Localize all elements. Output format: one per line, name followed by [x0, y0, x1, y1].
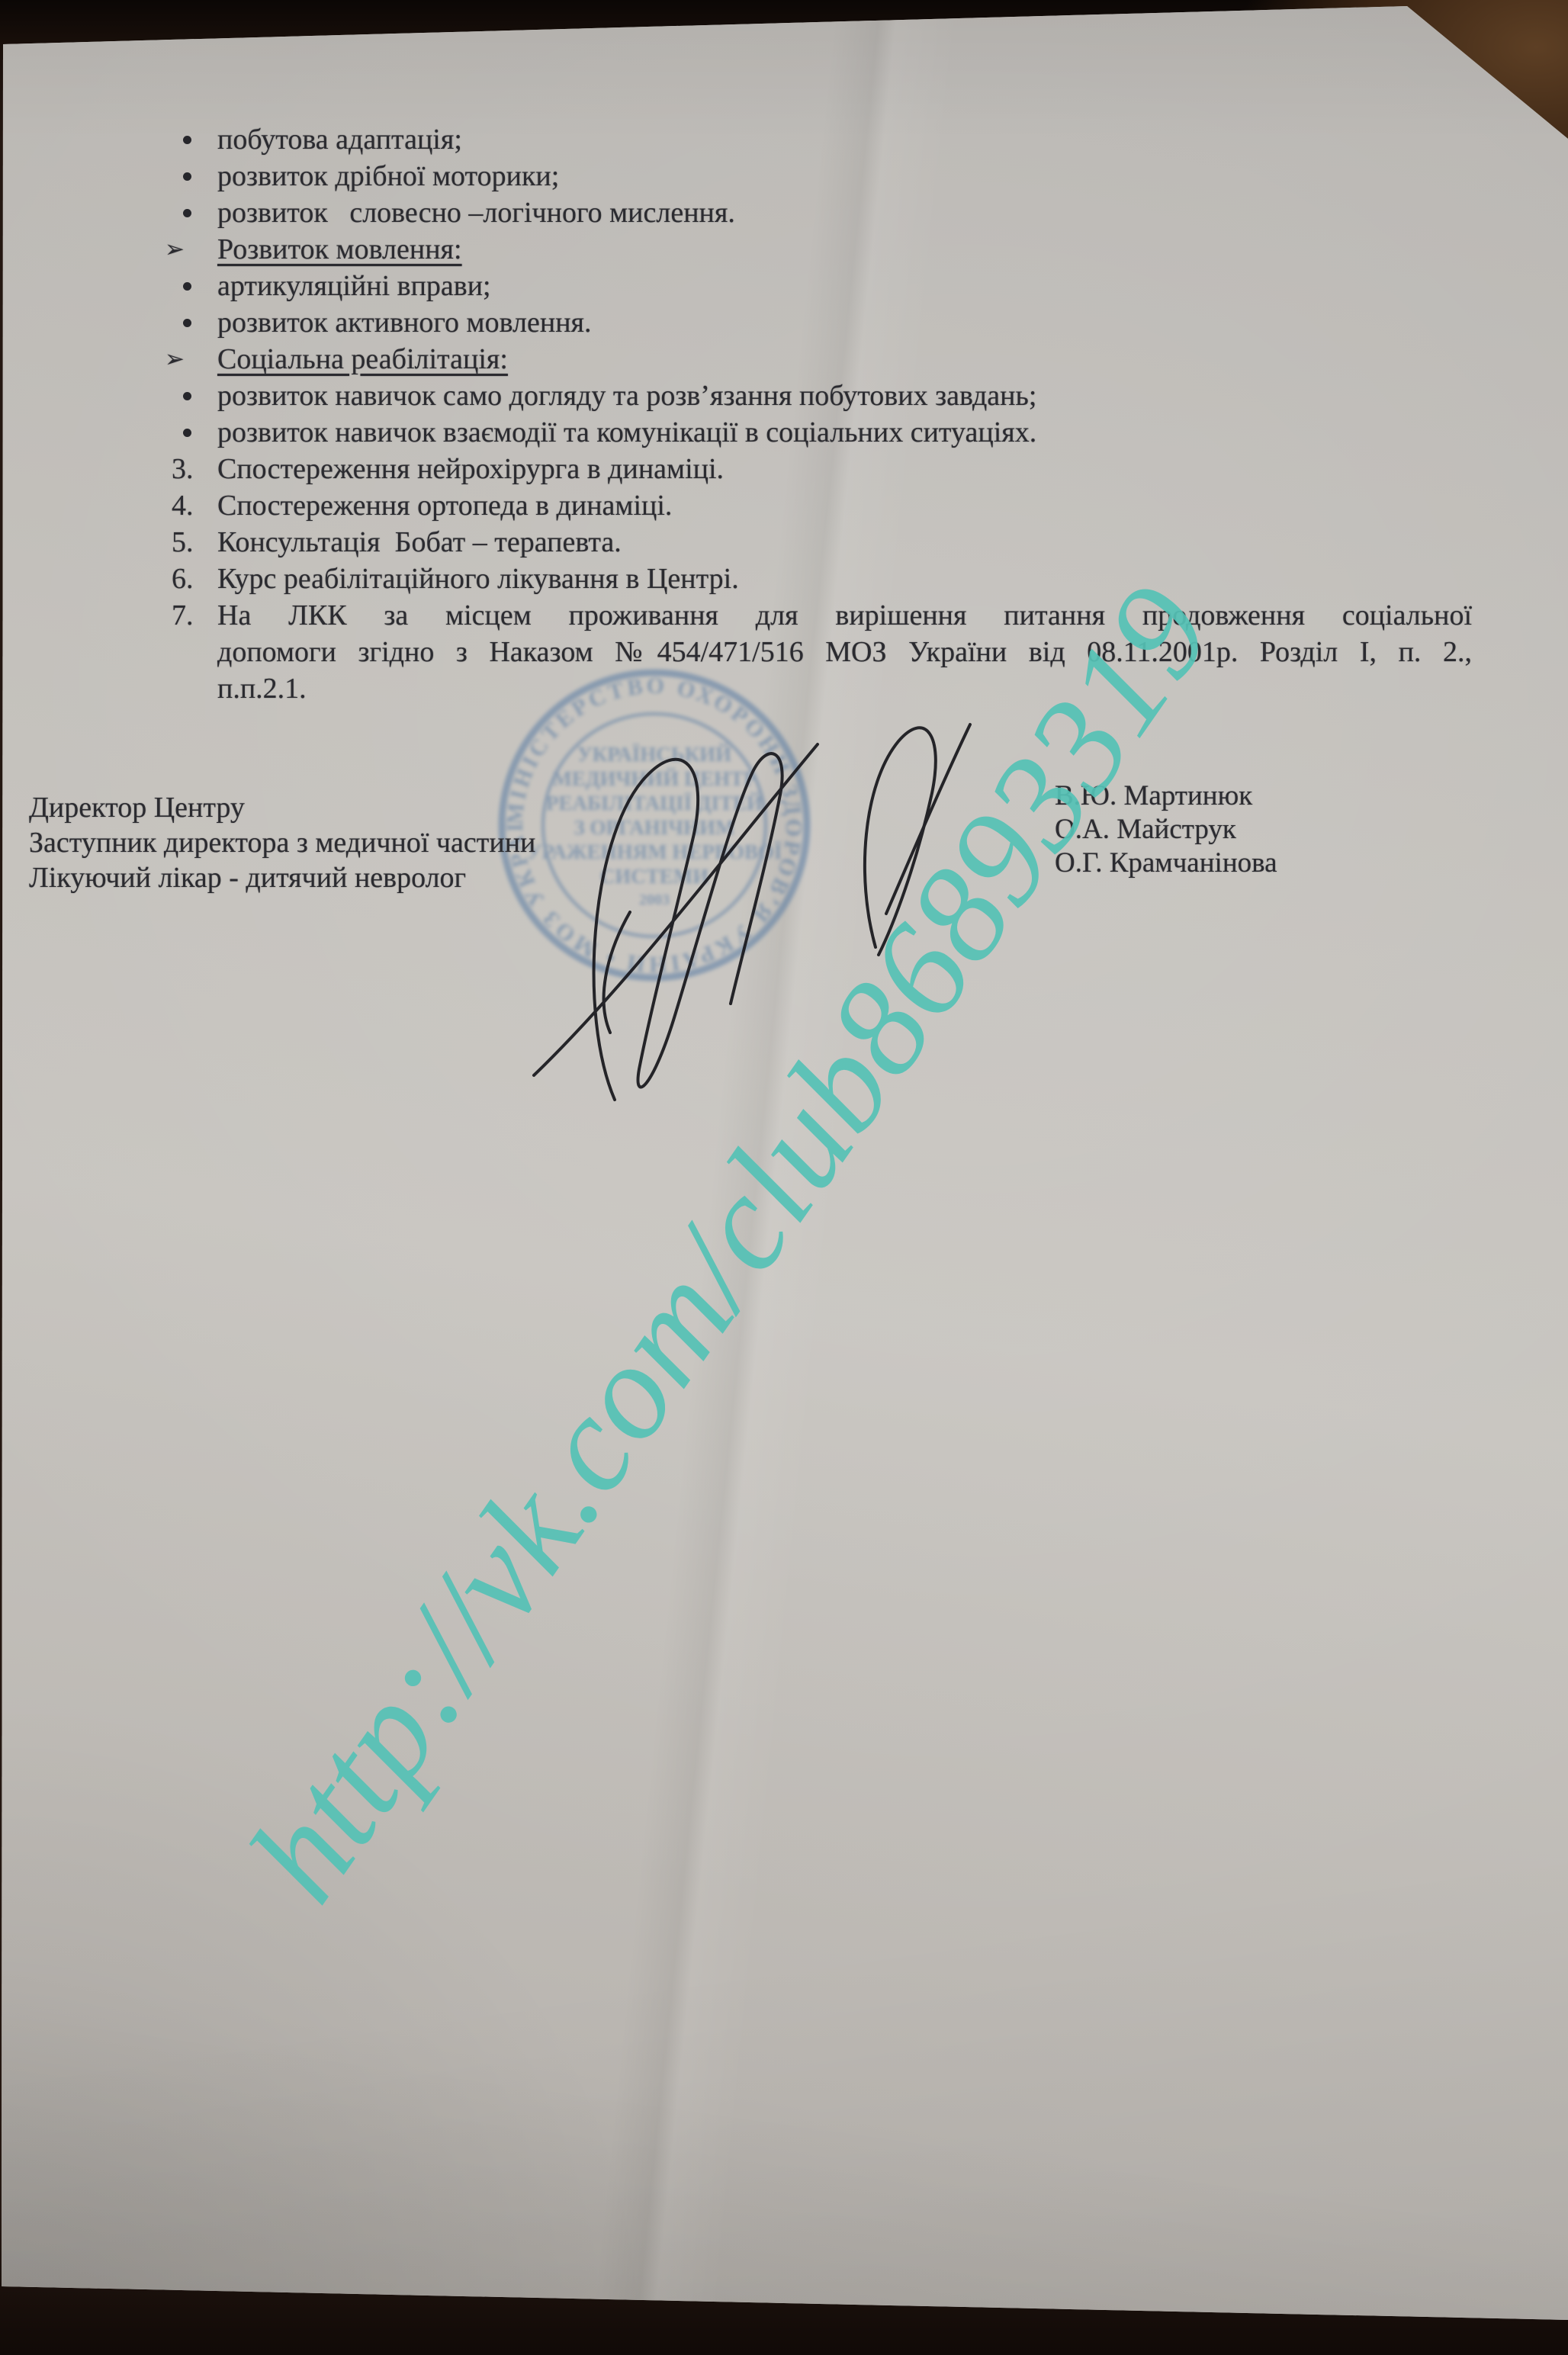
list-item: 3. Спостереження нейрохірурга в динаміці… — [0, 451, 1472, 487]
list-item: розвиток активного мовлення. — [0, 304, 1472, 341]
signatory-title: Заступник директора з медичної частини — [29, 825, 535, 860]
official-round-stamp: МІНІСТЕРСТВО ОХОРОНИ ЗДОРОВ’Я УКРАЇНИ • … — [487, 657, 822, 993]
paragraph-line: На ЛКК за місцем проживання для вирішенн… — [217, 597, 1472, 634]
list-item-text: Курс реабілітаційного лікування в Центрі… — [217, 563, 739, 595]
bullet-icon — [183, 414, 191, 451]
item-number: 7. — [172, 597, 194, 634]
item-number: 6. — [172, 561, 194, 597]
item-number: 4. — [172, 487, 194, 524]
stamp-line: УРАЖЕННЯМ НЕРВОВОЇ — [527, 840, 782, 863]
item-number: 3. — [172, 451, 194, 487]
stamp-center-text: УКРАЇНСЬКИЙ МЕДИЧНИЙ ЦЕНТР РЕАБІЛІТАЦІЇ … — [527, 743, 782, 908]
signatory-titles: Директор Центру Заступник директора з ме… — [29, 790, 535, 895]
photographed-document: { "document": { "markers": { "arrow": "➢… — [0, 0, 1568, 2355]
list-item: 5. Консультація Бобат – терапевта. — [0, 524, 1472, 561]
list-item-text: розвиток активного мовлення. — [217, 307, 592, 339]
list-item: 4. Спостереження ортопеда в динаміці. — [0, 487, 1472, 524]
stamp-line: 2003 — [639, 892, 670, 908]
signatory-title: Директор Центру — [29, 790, 535, 825]
arrow-bullet-icon: ➢ — [165, 231, 185, 268]
item-number: 5. — [172, 524, 194, 561]
list-item-text: Консультація Бобат – терапевта. — [217, 526, 622, 558]
list-item-text: розвиток дрібної моторики; — [217, 160, 559, 192]
stamp-line: МЕДИЧНИЙ ЦЕНТР — [552, 767, 756, 790]
bullet-icon — [183, 121, 191, 158]
list-item: розвиток словесно –логічного мислення. — [0, 194, 1472, 231]
stamp-line: УКРАЇНСЬКИЙ — [577, 743, 731, 766]
stamp-line: З ОРГАНІЧНИМ — [574, 816, 734, 839]
list-item-text: побутова адаптація; — [217, 124, 462, 156]
list-item-text: Спостереження нейрохірурга в динаміці. — [217, 453, 724, 485]
paragraph-line: допомоги згідно з Наказом №454/471/516 М… — [217, 634, 1472, 670]
paragraph-line: п.п.2.1. — [217, 670, 1472, 707]
list-item: артикуляційні вправи; — [0, 268, 1472, 304]
list-item-heading: Соціальна реабілітація: — [217, 343, 508, 375]
paper-sheet: МІНІСТЕРСТВО ОХОРОНИ ЗДОРОВ’Я УКРАЇНИ • … — [0, 0, 1568, 2355]
stamp-line: СИСТЕМИ — [600, 865, 709, 888]
list-item-text: артикуляційні вправи; — [217, 270, 491, 302]
list-item: розвиток навичок взаємодії та комунікаці… — [0, 414, 1472, 451]
list-item: ➢ Соціальна реабілітація: — [0, 341, 1472, 378]
list-item: побутова адаптація; — [0, 121, 1472, 158]
bullet-icon — [183, 304, 191, 341]
list-item-text: розвиток навичок взаємодії та комунікаці… — [217, 416, 1036, 448]
list-item: 7. На ЛКК за місцем проживання для виріш… — [0, 597, 1472, 707]
stamp-line: РЕАБІЛІТАЦІЇ ДІТЕЙ — [546, 792, 763, 814]
list-item: 6. Курс реабілітаційного лікування в Цен… — [0, 561, 1472, 597]
list-item: ➢ Розвиток мовлення: — [0, 231, 1472, 268]
list-item-paragraph: На ЛКК за місцем проживання для вирішенн… — [217, 597, 1472, 707]
bullet-icon — [183, 378, 191, 414]
list-item-text: розвиток навичок само догляду та розв’яз… — [217, 380, 1036, 412]
bullet-icon — [183, 268, 191, 304]
signatory-title: Лікуючий лікар - дитячий невролог — [29, 860, 535, 895]
bullet-icon — [183, 158, 191, 194]
list-item-text: розвиток словесно –логічного мислення. — [217, 197, 735, 229]
list-item-heading: Розвиток мовлення: — [217, 233, 462, 265]
list-item: розвиток навичок само догляду та розв’яз… — [0, 378, 1472, 414]
arrow-bullet-icon: ➢ — [165, 341, 185, 378]
rehabilitation-plan-list: побутова адаптація; розвиток дрібної мот… — [0, 121, 1472, 707]
list-item: розвиток дрібної моторики; — [0, 158, 1472, 194]
bullet-icon — [183, 194, 191, 231]
list-item-text: Спостереження ортопеда в динаміці. — [217, 490, 672, 522]
